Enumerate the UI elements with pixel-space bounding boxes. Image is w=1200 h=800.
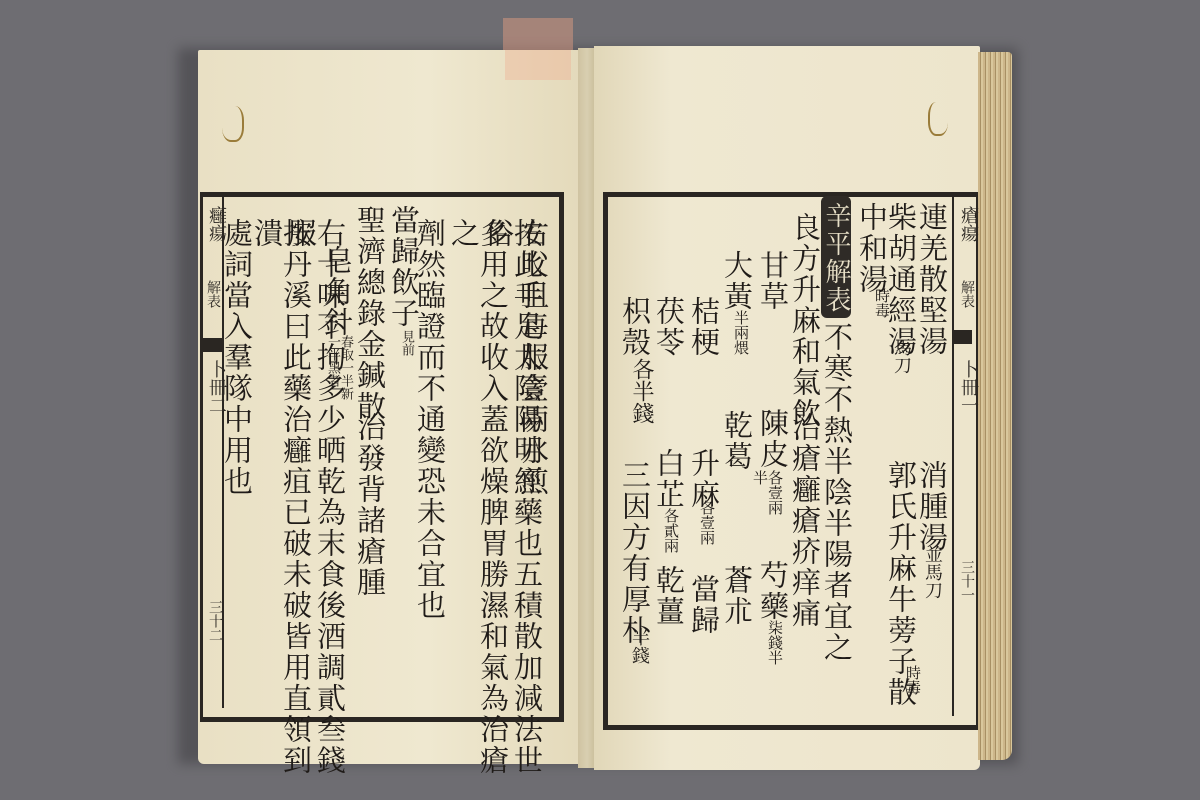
text-column: 乾葛 bbox=[722, 410, 751, 472]
text-annotation: 各貳兩 bbox=[648, 508, 678, 558]
text-column: 當歸飲子 bbox=[389, 205, 418, 329]
right-margin-rule bbox=[952, 196, 954, 716]
text-annotation: 半錢 bbox=[630, 628, 648, 664]
text-column: 甘草 bbox=[758, 250, 787, 312]
left-margin-page-number: 三十二 bbox=[205, 600, 225, 642]
text-column: 治發背諸瘡腫 bbox=[355, 412, 384, 598]
text-annotation: 各半錢 bbox=[630, 358, 652, 424]
binding-thread-left bbox=[222, 106, 244, 142]
text-column: 多用之故收入蓋欲燥脾胃勝濕和氣為治瘡之 bbox=[449, 218, 507, 800]
section-label-box: 辛平解表 bbox=[821, 196, 851, 318]
right-margin-page-number: 三十一 bbox=[957, 560, 977, 602]
text-column: 中和湯 bbox=[857, 202, 886, 295]
right-fold-fishtail bbox=[954, 330, 972, 344]
text-column: 茯苓 bbox=[654, 296, 683, 358]
text-column: 不寒不熱半陰半陽者宜之 bbox=[822, 322, 851, 663]
text-annotation: 見前 bbox=[400, 330, 413, 356]
text-column: 桔梗 bbox=[689, 296, 718, 358]
text-annotation: 各壹兩半 bbox=[754, 470, 782, 520]
text-column: 良方升麻和氣飲 bbox=[790, 212, 819, 429]
text-annotation: 馬刀 bbox=[892, 338, 910, 374]
right-margin-section: 解表 bbox=[957, 280, 977, 308]
text-annotation: 各壹兩 bbox=[684, 500, 714, 550]
text-column: 芍藥 bbox=[758, 560, 787, 622]
text-column: 聖濟總錄金鍼散 bbox=[355, 205, 384, 422]
text-column: 柴胡通經湯 bbox=[886, 202, 915, 357]
right-margin-volume: 卜冊一 bbox=[955, 360, 981, 414]
page-edges bbox=[978, 52, 1012, 760]
text-annotation: 並馬刀 bbox=[923, 545, 941, 599]
text-column: 三因方有厚朴 bbox=[620, 460, 649, 646]
text-column: 消腫湯 bbox=[917, 460, 946, 553]
text-column: 陳皮 bbox=[758, 408, 787, 470]
text-column: 治瘡癰瘡疥痒痛 bbox=[790, 412, 819, 629]
text-annotation: 半兩煨 bbox=[720, 310, 748, 360]
text-column: 按丹溪曰此藥治癰疽已破未破皆用直領到潰 bbox=[252, 218, 310, 800]
binding-thread-right bbox=[928, 102, 948, 136]
text-column: 連羌散堅湯 bbox=[917, 202, 946, 357]
library-seal-stamp-lower bbox=[505, 50, 571, 80]
text-column: 乾薑 bbox=[654, 565, 683, 627]
text-column: 枳殼 bbox=[620, 296, 649, 358]
text-annotation: 柒錢半 bbox=[754, 620, 782, 676]
text-column: 大黃 bbox=[722, 250, 751, 312]
text-column: 蒼朮 bbox=[722, 565, 751, 627]
right-margin-title: 瘡瘍 bbox=[955, 206, 981, 242]
text-column: 當歸 bbox=[689, 574, 718, 636]
text-annotation: 時毒 bbox=[905, 665, 920, 695]
text-annotation: 時毒 bbox=[874, 288, 889, 318]
section-label: 辛平解表 bbox=[821, 202, 851, 314]
text-column: 處詞當入羣隊中用也 bbox=[222, 218, 251, 497]
text-column: 白芷 bbox=[654, 448, 683, 510]
